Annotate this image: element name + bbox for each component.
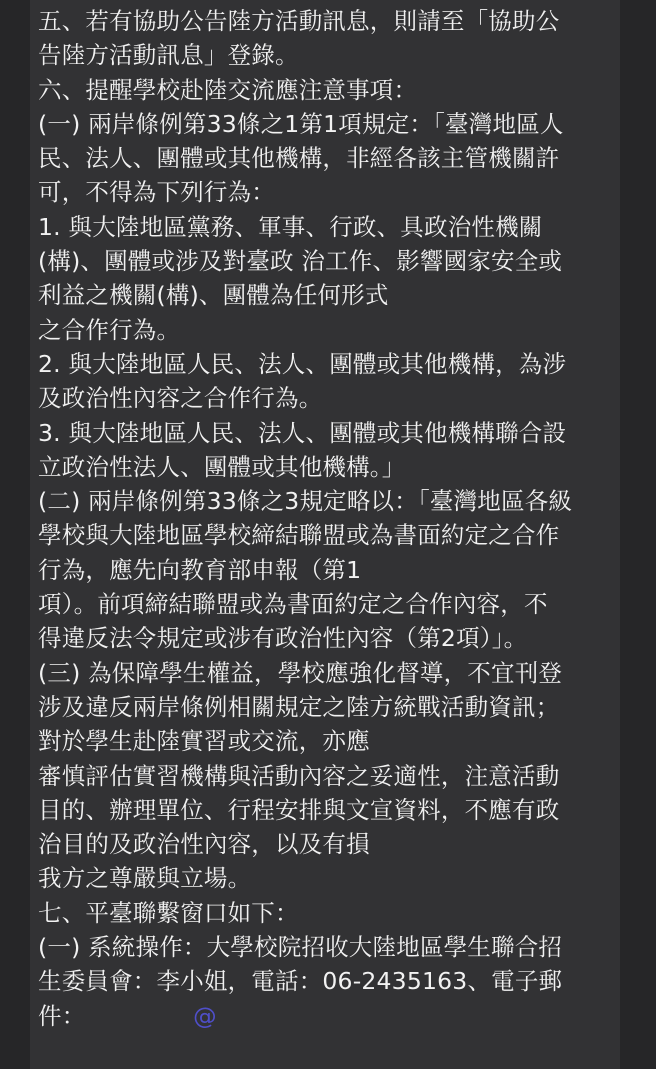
text-line: 3. 與大陸地區人民、法人、團體或其他機構聯合設: [38, 416, 628, 450]
text-line: 及政治性內容之合作行為。: [38, 381, 628, 415]
text-line: (一) 兩岸條例第33條之1第1項規定：「臺灣地區人: [38, 107, 628, 141]
text-line: 五、若有協助公告陸方活動訊息，則請至「協助公: [38, 4, 628, 38]
text-line: 涉及違反兩岸條例相關規定之陸方統戰活動資訊；: [38, 690, 628, 724]
text-line: (二) 兩岸條例第33條之3規定略以：「臺灣地區各級: [38, 484, 628, 518]
text-line: (三) 為保障學生權益，學校應強化督導，不宜刊登: [38, 656, 628, 690]
document-text: 五、若有協助公告陸方活動訊息，則請至「協助公 告陸方活動訊息」登錄。 六、提醒學…: [38, 4, 628, 1033]
text-line: 得違反法令規定或涉有政治性內容（第2項）」。: [38, 621, 628, 655]
text-line: 民、法人、團體或其他機構，非經各該主管機關許: [38, 141, 628, 175]
text-line: 項）。前項締結聯盟或為書面約定之合作內容，不: [38, 587, 628, 621]
section-heading: 七、平臺聯繫窗口如下：: [38, 896, 628, 930]
text-line: 我方之尊嚴與立場。: [38, 861, 628, 895]
text-line: 之合作行為。: [38, 313, 628, 347]
text-line: 目的、辦理單位、行程安排與文宣資料，不應有政: [38, 793, 628, 827]
text-line: 審慎評估實習機構與活動內容之妥適性，注意活動: [38, 759, 628, 793]
text-line: (構)、團體或涉及對臺政 治工作、影響國家安全或: [38, 244, 628, 278]
text-line: 可，不得為下列行為：: [38, 175, 628, 209]
text-line-partial: 件： @: [38, 999, 628, 1033]
text-line: 1. 與大陸地區黨務、軍事、行政、具政治性機關: [38, 210, 628, 244]
text-line: 對於學生赴陸實習或交流，亦應: [38, 724, 628, 758]
text-line: 生委員會：李小姐，電話：06-2435163、電子郵: [38, 964, 628, 998]
text-line: 2. 與大陸地區人民、法人、團體或其他機構，為涉: [38, 347, 628, 381]
section-heading: 六、提醒學校赴陸交流應注意事項：: [38, 73, 628, 107]
text-line: 行為，應先向教育部申報（第1: [38, 553, 628, 587]
text-line: 告陸方活動訊息」登錄。: [38, 38, 628, 72]
text-line: 立政治性法人、團體或其他機構。」: [38, 450, 628, 484]
text-line: (一) 系統操作：大學校院招收大陸地區學生聯合招: [38, 930, 628, 964]
text-line: 治目的及政治性內容，以及有損: [38, 827, 628, 861]
email-label: 件：: [38, 1002, 85, 1030]
text-line: 學校與大陸地區學校締結聯盟或為書面約定之合作: [38, 518, 628, 552]
email-link[interactable]: @: [193, 1002, 217, 1030]
text-line: 利益之機關(構)、團體為任何形式: [38, 278, 628, 312]
